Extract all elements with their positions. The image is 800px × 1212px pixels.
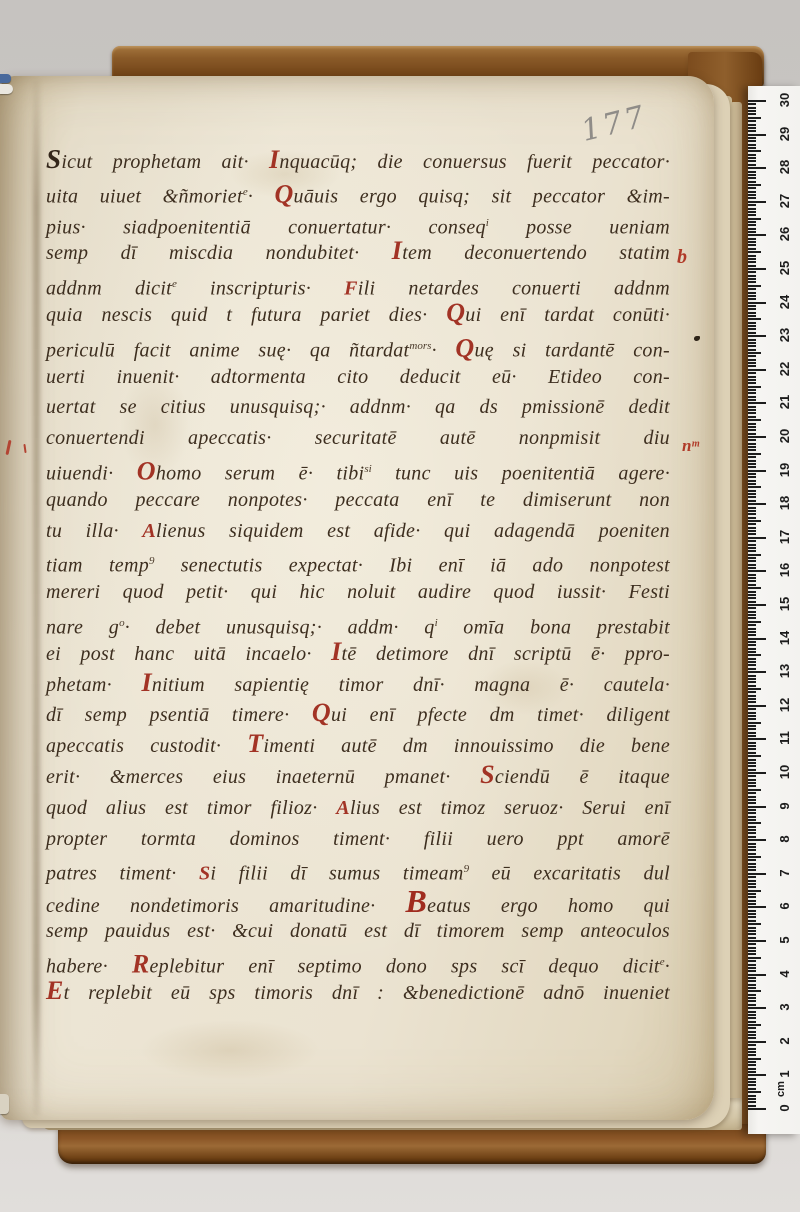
ruler-tick	[748, 617, 756, 619]
ruler-tick	[748, 251, 761, 253]
ruler-tick	[748, 171, 756, 173]
ruler-tick	[748, 648, 756, 650]
ruler-tick	[748, 873, 766, 875]
ruler-tick	[748, 611, 756, 613]
ruler-tick	[748, 769, 756, 771]
ruler-tick	[748, 940, 766, 942]
ruler-tick	[748, 386, 761, 388]
ruler-tick	[748, 1078, 756, 1080]
ruler-tick	[748, 419, 761, 421]
ruler-tick	[748, 1088, 756, 1090]
ruler-tick	[748, 675, 756, 677]
ruler-tick	[748, 1108, 766, 1110]
ruler-tick	[748, 695, 756, 697]
ruler-tick	[748, 997, 756, 999]
ruler-number: 22	[777, 358, 793, 380]
text-line: semp dī miscdia nondubitet· Item deconue…	[46, 238, 670, 269]
ruler-tick	[748, 449, 756, 451]
ruler-tick	[748, 339, 756, 341]
ruler-number: 21	[777, 391, 793, 413]
ruler-tick	[748, 964, 756, 966]
bookmark-thread-bottom	[0, 1094, 9, 1114]
ruler-tick	[748, 1058, 761, 1060]
ruler-tick	[748, 288, 756, 290]
ruler-tick	[748, 591, 756, 593]
ruler-tick	[748, 439, 756, 441]
ruler-tick	[748, 698, 756, 700]
ruler-tick	[748, 957, 761, 959]
text-line: phetam· Initium sapientię timor dnī· mag…	[46, 670, 670, 701]
ruler-tick	[748, 839, 766, 841]
ruler-tick	[748, 960, 756, 962]
ruler-tick	[748, 806, 766, 808]
ruler-tick	[748, 705, 766, 707]
ruler-tick	[748, 295, 756, 297]
ruler-tick	[748, 211, 756, 213]
ruler-number: 6	[777, 895, 793, 917]
ruler-tick	[748, 1101, 756, 1103]
ruler-tick	[748, 712, 756, 714]
ruler-tick	[748, 1044, 756, 1046]
text-line: nare go· debet unusquisq;· addm· qi omīa…	[46, 608, 670, 639]
ruler-tick	[748, 947, 756, 949]
ruler-tick	[748, 597, 756, 599]
ruler-tick	[748, 496, 756, 498]
ruler-number: 7	[777, 862, 793, 884]
ruler-number: 16	[777, 559, 793, 581]
ruler-tick	[748, 849, 756, 851]
ruler-tick	[748, 651, 756, 653]
ruler-tick	[748, 826, 756, 828]
text-line: habere· Replebitur enī septimo dono sps …	[46, 947, 670, 978]
ruler-number: 15	[777, 593, 793, 615]
ruler-number: 11	[777, 727, 793, 749]
page-edges	[730, 102, 742, 1130]
leather-binding-bottom	[58, 1124, 766, 1164]
ruler-tick	[748, 241, 756, 243]
text-line: semp pauidus est· &cui donatū est dī tim…	[46, 916, 670, 947]
ruler-tick	[748, 181, 756, 183]
ruler-number: 23	[777, 324, 793, 346]
ruler-tick	[748, 688, 761, 690]
text-line: quod alius est timor filioz· Alius est t…	[46, 793, 670, 824]
ruler-tick	[748, 1014, 756, 1016]
ruler-tick	[748, 275, 756, 277]
ruler-tick	[748, 738, 766, 740]
ruler-tick	[748, 1048, 756, 1050]
text-line: uiuendi· Ohomo serum ē· tibisi tunc uis …	[46, 454, 670, 485]
ruler-tick	[748, 510, 756, 512]
ruler-tick	[748, 880, 756, 882]
ruler-tick	[748, 177, 756, 179]
ruler-tick	[748, 1074, 766, 1076]
ruler-tick	[748, 594, 756, 596]
ruler-tick	[748, 120, 756, 122]
ruler-tick	[748, 537, 766, 539]
ruler-tick	[748, 261, 756, 263]
ruler-tick	[748, 1064, 756, 1066]
ruler-tick	[748, 893, 756, 895]
ruler-tick	[748, 765, 756, 767]
ruler-tick	[748, 174, 756, 176]
ruler-tick	[748, 130, 756, 132]
text-line: uita uiuet &ñmoriete· Quāuis ergo quisq;…	[46, 177, 670, 208]
ruler-tick	[748, 977, 756, 979]
ruler-tick	[748, 507, 756, 509]
ruler-tick	[748, 392, 756, 394]
ruler-tick	[748, 523, 756, 525]
ruler-tick	[748, 436, 766, 438]
margin-mark-nm: nᵐ	[682, 436, 699, 456]
ruler-tick	[748, 389, 756, 391]
ruler-tick	[748, 315, 756, 317]
ruler-tick	[748, 285, 761, 287]
ruler-tick	[748, 564, 756, 566]
ruler-tick	[748, 913, 756, 915]
ruler-tick	[748, 335, 766, 337]
ruler-number: 20	[777, 425, 793, 447]
ruler-tick	[748, 621, 761, 623]
ruler-tick	[748, 853, 756, 855]
ruler-tick	[748, 194, 756, 196]
ruler-tick	[748, 560, 756, 562]
ruler-tick	[748, 836, 756, 838]
ruler-number: 5	[777, 929, 793, 951]
ruler-tick	[748, 1068, 756, 1070]
ruler-tick	[748, 554, 761, 556]
ruler-tick	[748, 728, 756, 730]
ruler-tick	[748, 577, 756, 579]
ruler-tick	[748, 987, 756, 989]
ruler-tick	[748, 792, 756, 794]
ruler-tick	[748, 574, 756, 576]
ruler-tick	[748, 201, 766, 203]
ruler-tick	[748, 859, 756, 861]
ruler-tick	[748, 1017, 756, 1019]
ruler-tick	[748, 903, 756, 905]
ruler-tick	[748, 127, 756, 129]
ruler-tick	[748, 1054, 756, 1056]
ruler-tick	[748, 446, 756, 448]
ruler-tick	[748, 483, 756, 485]
ruler-tick	[748, 234, 766, 236]
ruler-tick	[748, 876, 756, 878]
ruler-tick	[748, 154, 756, 156]
ruler-tick	[748, 140, 756, 142]
ruler: 3029282726252423222120191817161514131211…	[748, 86, 800, 1134]
ruler-tick	[748, 661, 756, 663]
ruler-tick	[748, 1027, 756, 1029]
ruler-tick	[748, 843, 756, 845]
ruler-tick	[748, 920, 756, 922]
ruler-tick	[748, 796, 756, 798]
ruler-tick	[748, 691, 756, 693]
ruler-tick	[748, 382, 756, 384]
ruler-number: 28	[777, 156, 793, 178]
ruler-tick	[748, 762, 756, 764]
ruler-number: 9	[777, 795, 793, 817]
ruler-tick	[748, 540, 756, 542]
ruler-tick	[748, 601, 756, 603]
ruler-tick	[748, 402, 766, 404]
ruler-tick	[748, 480, 756, 482]
ruler-tick	[748, 1084, 756, 1086]
ruler-tick	[748, 1034, 756, 1036]
ruler-tick	[748, 463, 756, 465]
ruler-tick	[748, 476, 756, 478]
ruler-tick	[748, 322, 756, 324]
ruler-tick	[748, 930, 756, 932]
ruler-tick	[748, 409, 756, 411]
ruler-tick	[748, 429, 756, 431]
ruler-tick	[748, 544, 756, 546]
text-line: quando peccare nonpotes· peccata enī te …	[46, 485, 670, 516]
ruler-tick	[748, 187, 756, 189]
text-line: ei post hanc uitā incaelo· Itē detimore …	[46, 639, 670, 670]
ruler-tick	[748, 722, 761, 724]
ruler-tick	[748, 1004, 756, 1006]
ruler-tick	[748, 580, 756, 582]
text-line: propter tormta dominos timent· filii uer…	[46, 824, 670, 855]
ruler-tick	[748, 197, 756, 199]
ruler-tick	[748, 399, 756, 401]
ruler-tick	[748, 668, 756, 670]
ruler-tick	[748, 856, 761, 858]
ruler-tick	[748, 748, 756, 750]
ruler-tick	[748, 134, 766, 136]
text-line: periculū facit anime suę· qa ñtardatmors…	[46, 331, 670, 362]
ruler-tick	[748, 1091, 761, 1093]
ruler-tick	[748, 671, 766, 673]
ruler-tick	[748, 745, 756, 747]
ruler-tick	[748, 406, 756, 408]
ruler-tick	[748, 268, 766, 270]
ruler-tick	[748, 503, 766, 505]
ruler-tick	[748, 460, 756, 462]
ruler-tick	[748, 953, 756, 955]
ruler-tick	[748, 604, 766, 606]
ruler-tick	[748, 1011, 756, 1013]
ruler-tick	[748, 527, 756, 529]
ruler-number: 10	[777, 761, 793, 783]
ruler-tick	[748, 701, 756, 703]
ruler-tick	[748, 164, 756, 166]
ruler-number: 0	[777, 1097, 793, 1119]
ruler-tick	[748, 110, 756, 112]
ruler-tick	[748, 1105, 756, 1107]
ruler-tick	[748, 305, 756, 307]
ruler-tick	[748, 147, 756, 149]
text-line: addnm dicite inscripturis· Fili netardes…	[46, 269, 670, 300]
ruler-tick	[748, 943, 756, 945]
ruler-tick	[748, 103, 756, 105]
ruler-tick	[748, 214, 756, 216]
text-line: Et replebit eū sps timoris dnī : &benedi…	[46, 978, 670, 1009]
ruler-tick	[748, 376, 756, 378]
ruler-tick	[748, 231, 756, 233]
ruler-tick	[748, 624, 756, 626]
ruler-tick	[748, 144, 756, 146]
ruler-tick	[748, 990, 761, 992]
ruler-tick	[748, 473, 756, 475]
ruler-number: 8	[777, 828, 793, 850]
ruler-tick	[748, 832, 756, 834]
ruler-tick	[748, 638, 766, 640]
ruler-tick	[748, 681, 756, 683]
ruler-tick	[748, 362, 756, 364]
ruler-tick	[748, 372, 756, 374]
ruler-tick	[748, 1081, 756, 1083]
gutter-fold	[33, 80, 40, 1116]
ruler-tick	[748, 1037, 756, 1039]
ruler-tick	[748, 396, 756, 398]
ruler-tick	[748, 967, 756, 969]
ruler-tick	[748, 584, 756, 586]
ruler-tick	[748, 950, 756, 952]
ruler-tick	[748, 607, 756, 609]
ruler-tick	[748, 809, 756, 811]
ruler-tick	[748, 570, 766, 572]
ruler-tick	[748, 550, 756, 552]
ruler-tick	[748, 352, 761, 354]
ruler-tick	[748, 1098, 756, 1100]
ruler-tick	[748, 634, 756, 636]
text-line: tiam temp9 senectutis expectat· Ibi enī …	[46, 546, 670, 577]
ruler-tick	[748, 517, 756, 519]
ruler-number: 17	[777, 526, 793, 548]
ruler-tick	[748, 735, 756, 737]
ruler-tick	[748, 970, 756, 972]
ruler-tick	[748, 184, 761, 186]
ruler-tick	[748, 160, 756, 162]
ruler-tick	[748, 755, 761, 757]
ruler-tick	[748, 332, 756, 334]
ruler-tick	[748, 866, 756, 868]
ruler-tick	[748, 500, 756, 502]
ruler-tick	[748, 628, 756, 630]
ruler-tick	[748, 782, 756, 784]
ruler-tick	[748, 819, 756, 821]
ruler-tick	[748, 292, 756, 294]
ruler-tick	[748, 772, 766, 774]
ruler-tick	[748, 255, 756, 257]
bookmark-thread-blue	[0, 74, 11, 83]
ruler-tick	[748, 896, 756, 898]
ruler-tick	[748, 886, 756, 888]
ruler-tick	[748, 308, 756, 310]
ruler-tick	[748, 265, 756, 267]
ruler-number: 2	[777, 1030, 793, 1052]
text-line: pius· siadpoenitentiā conuertatur· conse…	[46, 208, 670, 239]
ruler-tick	[748, 644, 756, 646]
ruler-tick	[748, 567, 756, 569]
ruler-tick	[748, 493, 756, 495]
ruler-tick	[748, 318, 761, 320]
ruler-tick	[748, 433, 756, 435]
ruler-tick	[748, 933, 756, 935]
text-line: apeccatis custodit· Timenti autē dm inno…	[46, 731, 670, 762]
ruler-tick	[748, 426, 756, 428]
ruler-tick	[748, 910, 756, 912]
text-line: mereri quod petit· qui hic noluit audire…	[46, 577, 670, 608]
ruler-tick	[748, 328, 756, 330]
ruler-tick	[748, 117, 761, 119]
text-line: erit· &merces eius inaeternū pmanet· Sci…	[46, 762, 670, 793]
ruler-tick	[748, 822, 761, 824]
ruler-number: 27	[777, 190, 793, 212]
ruler-tick	[748, 490, 756, 492]
ruler-number: 26	[777, 223, 793, 245]
ruler-tick	[748, 937, 756, 939]
ruler-tick	[748, 281, 756, 283]
ruler-tick	[748, 221, 756, 223]
ruler-tick	[748, 530, 756, 532]
ruler-number: 19	[777, 459, 793, 481]
ruler-tick	[748, 718, 756, 720]
ruler-tick	[748, 100, 766, 102]
ruler-tick	[748, 191, 756, 193]
ruler-tick	[748, 1024, 761, 1026]
ruler-tick	[748, 685, 756, 687]
ruler-tick	[748, 994, 756, 996]
ruler-tick	[748, 466, 756, 468]
ruler-tick	[748, 641, 756, 643]
ruler-tick	[748, 298, 756, 300]
ruler-tick	[748, 456, 756, 458]
ruler-tick	[748, 547, 756, 549]
text-line: cedine nondetimoris amaritudine· Beatus …	[46, 885, 670, 916]
ruler-number: 13	[777, 660, 793, 682]
ruler-tick	[748, 816, 756, 818]
text-line: tu illa· Alienus siquidem est afide· qui…	[46, 516, 670, 547]
ruler-tick	[748, 1061, 756, 1063]
ruler-tick	[748, 416, 756, 418]
ruler-number: 24	[777, 291, 793, 313]
text-line: patres timent· Si filii dī sumus timeam9…	[46, 854, 670, 885]
ruler-tick	[748, 658, 756, 660]
ruler-tick	[748, 799, 756, 801]
ruler-tick	[748, 453, 761, 455]
ruler-tick	[748, 708, 756, 710]
ruler-tick	[748, 355, 756, 357]
ruler-tick	[748, 228, 756, 230]
ruler-tick	[748, 349, 756, 351]
ruler-tick	[748, 325, 756, 327]
ruler-tick	[748, 678, 756, 680]
ruler-tick	[748, 802, 756, 804]
manuscript-photo: 177 b nᵐ Sicut prophetam ait· Inquacūq; …	[0, 0, 800, 1212]
text-line: uertat se citius unusquisq;· addnm· qa d…	[46, 392, 670, 423]
ruler-tick	[748, 244, 756, 246]
ruler-tick	[748, 587, 761, 589]
text-line: conuertendi apeccatis· securitatē autē n…	[46, 423, 670, 454]
ruler-tick	[748, 369, 766, 371]
ruler-tick	[748, 113, 756, 115]
bookmark-thread-white	[0, 84, 13, 94]
ruler-tick	[748, 513, 756, 515]
ruler-tick	[748, 258, 756, 260]
ruler-tick	[748, 379, 756, 381]
ruler-tick	[748, 752, 756, 754]
ruler-tick	[748, 520, 761, 522]
ruler-tick	[748, 883, 756, 885]
ruler-tick	[748, 664, 756, 666]
ruler-tick	[748, 829, 756, 831]
ruler-tick	[748, 218, 761, 220]
ruler-tick	[748, 980, 756, 982]
ruler-tick	[748, 248, 756, 250]
ruler-tick	[748, 614, 756, 616]
